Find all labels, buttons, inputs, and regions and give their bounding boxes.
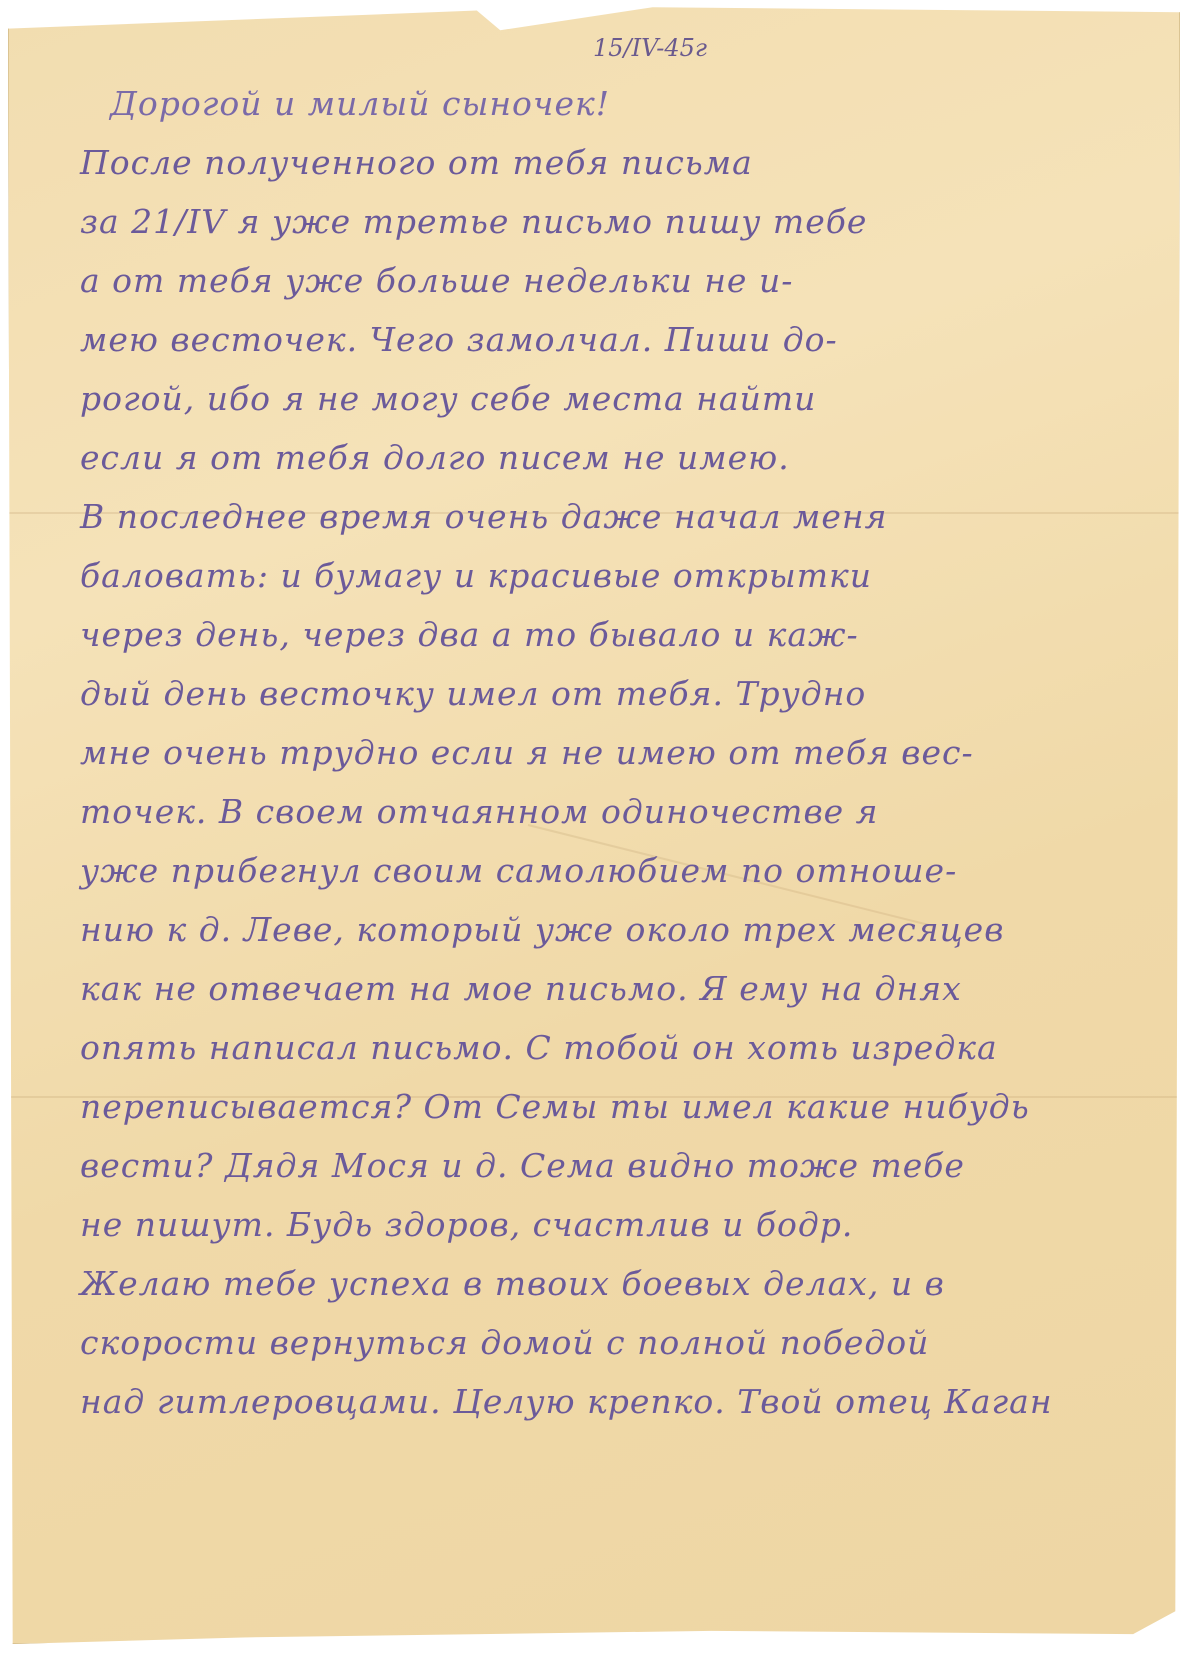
letter-line: а от тебя уже больше недельки не и- <box>80 251 1140 310</box>
letter-line: дый день весточку имел от тебя. Трудно <box>80 664 1140 723</box>
letter-line: вести? Дядя Мося и д. Сема видно тоже те… <box>80 1136 1140 1195</box>
letter-body: Дорогой и милый сыночек! После полученно… <box>80 74 1140 1431</box>
letter-line: не пишут. Будь здоров, счастлив и бодр. <box>80 1195 1140 1254</box>
letter-line: над гитлеровцами. Целую крепко. Твой оте… <box>80 1372 1140 1431</box>
letter-line: как не отвечает на мое письмо. Я ему на … <box>80 959 1140 1018</box>
salutation: Дорогой и милый сыночек! <box>80 74 1140 133</box>
letter-line: скорости вернуться домой с полной победо… <box>80 1313 1140 1372</box>
letter-line: за 21/IV я уже третье письмо пишу тебе <box>80 192 1140 251</box>
letter-sheet: 15/IV-45г Дорогой и милый сыночек! После… <box>8 4 1180 1644</box>
letter-line: через день, через два а то бывало и каж- <box>80 605 1140 664</box>
letter-line: переписывается? От Семы ты имел какие ни… <box>80 1077 1140 1136</box>
letter-line: опять написал письмо. С тобой он хоть из… <box>80 1018 1140 1077</box>
letter-line: если я от тебя долго писем не имею. <box>80 428 1140 487</box>
letter-date: 15/IV-45г <box>593 34 707 62</box>
letter-line: рогой, ибо я не могу себе места найти <box>80 369 1140 428</box>
letter-line: мне очень трудно если я не имею от тебя … <box>80 723 1140 782</box>
letter-line: нию к д. Леве, который уже около трех ме… <box>80 900 1140 959</box>
letter-line: В последнее время очень даже начал меня <box>80 487 1140 546</box>
letter-line: уже прибегнул своим самолюбием по отноше… <box>80 841 1140 900</box>
letter-line: мею весточек. Чего замолчал. Пиши до- <box>80 310 1140 369</box>
letter-line: Желаю тебе успеха в твоих боевых делах, … <box>80 1254 1140 1313</box>
letter-line: баловать: и бумагу и красивые открытки <box>80 546 1140 605</box>
letter-line: После полученного от тебя письма <box>80 133 1140 192</box>
letter-line: точек. В своем отчаянном одиночестве я <box>80 782 1140 841</box>
